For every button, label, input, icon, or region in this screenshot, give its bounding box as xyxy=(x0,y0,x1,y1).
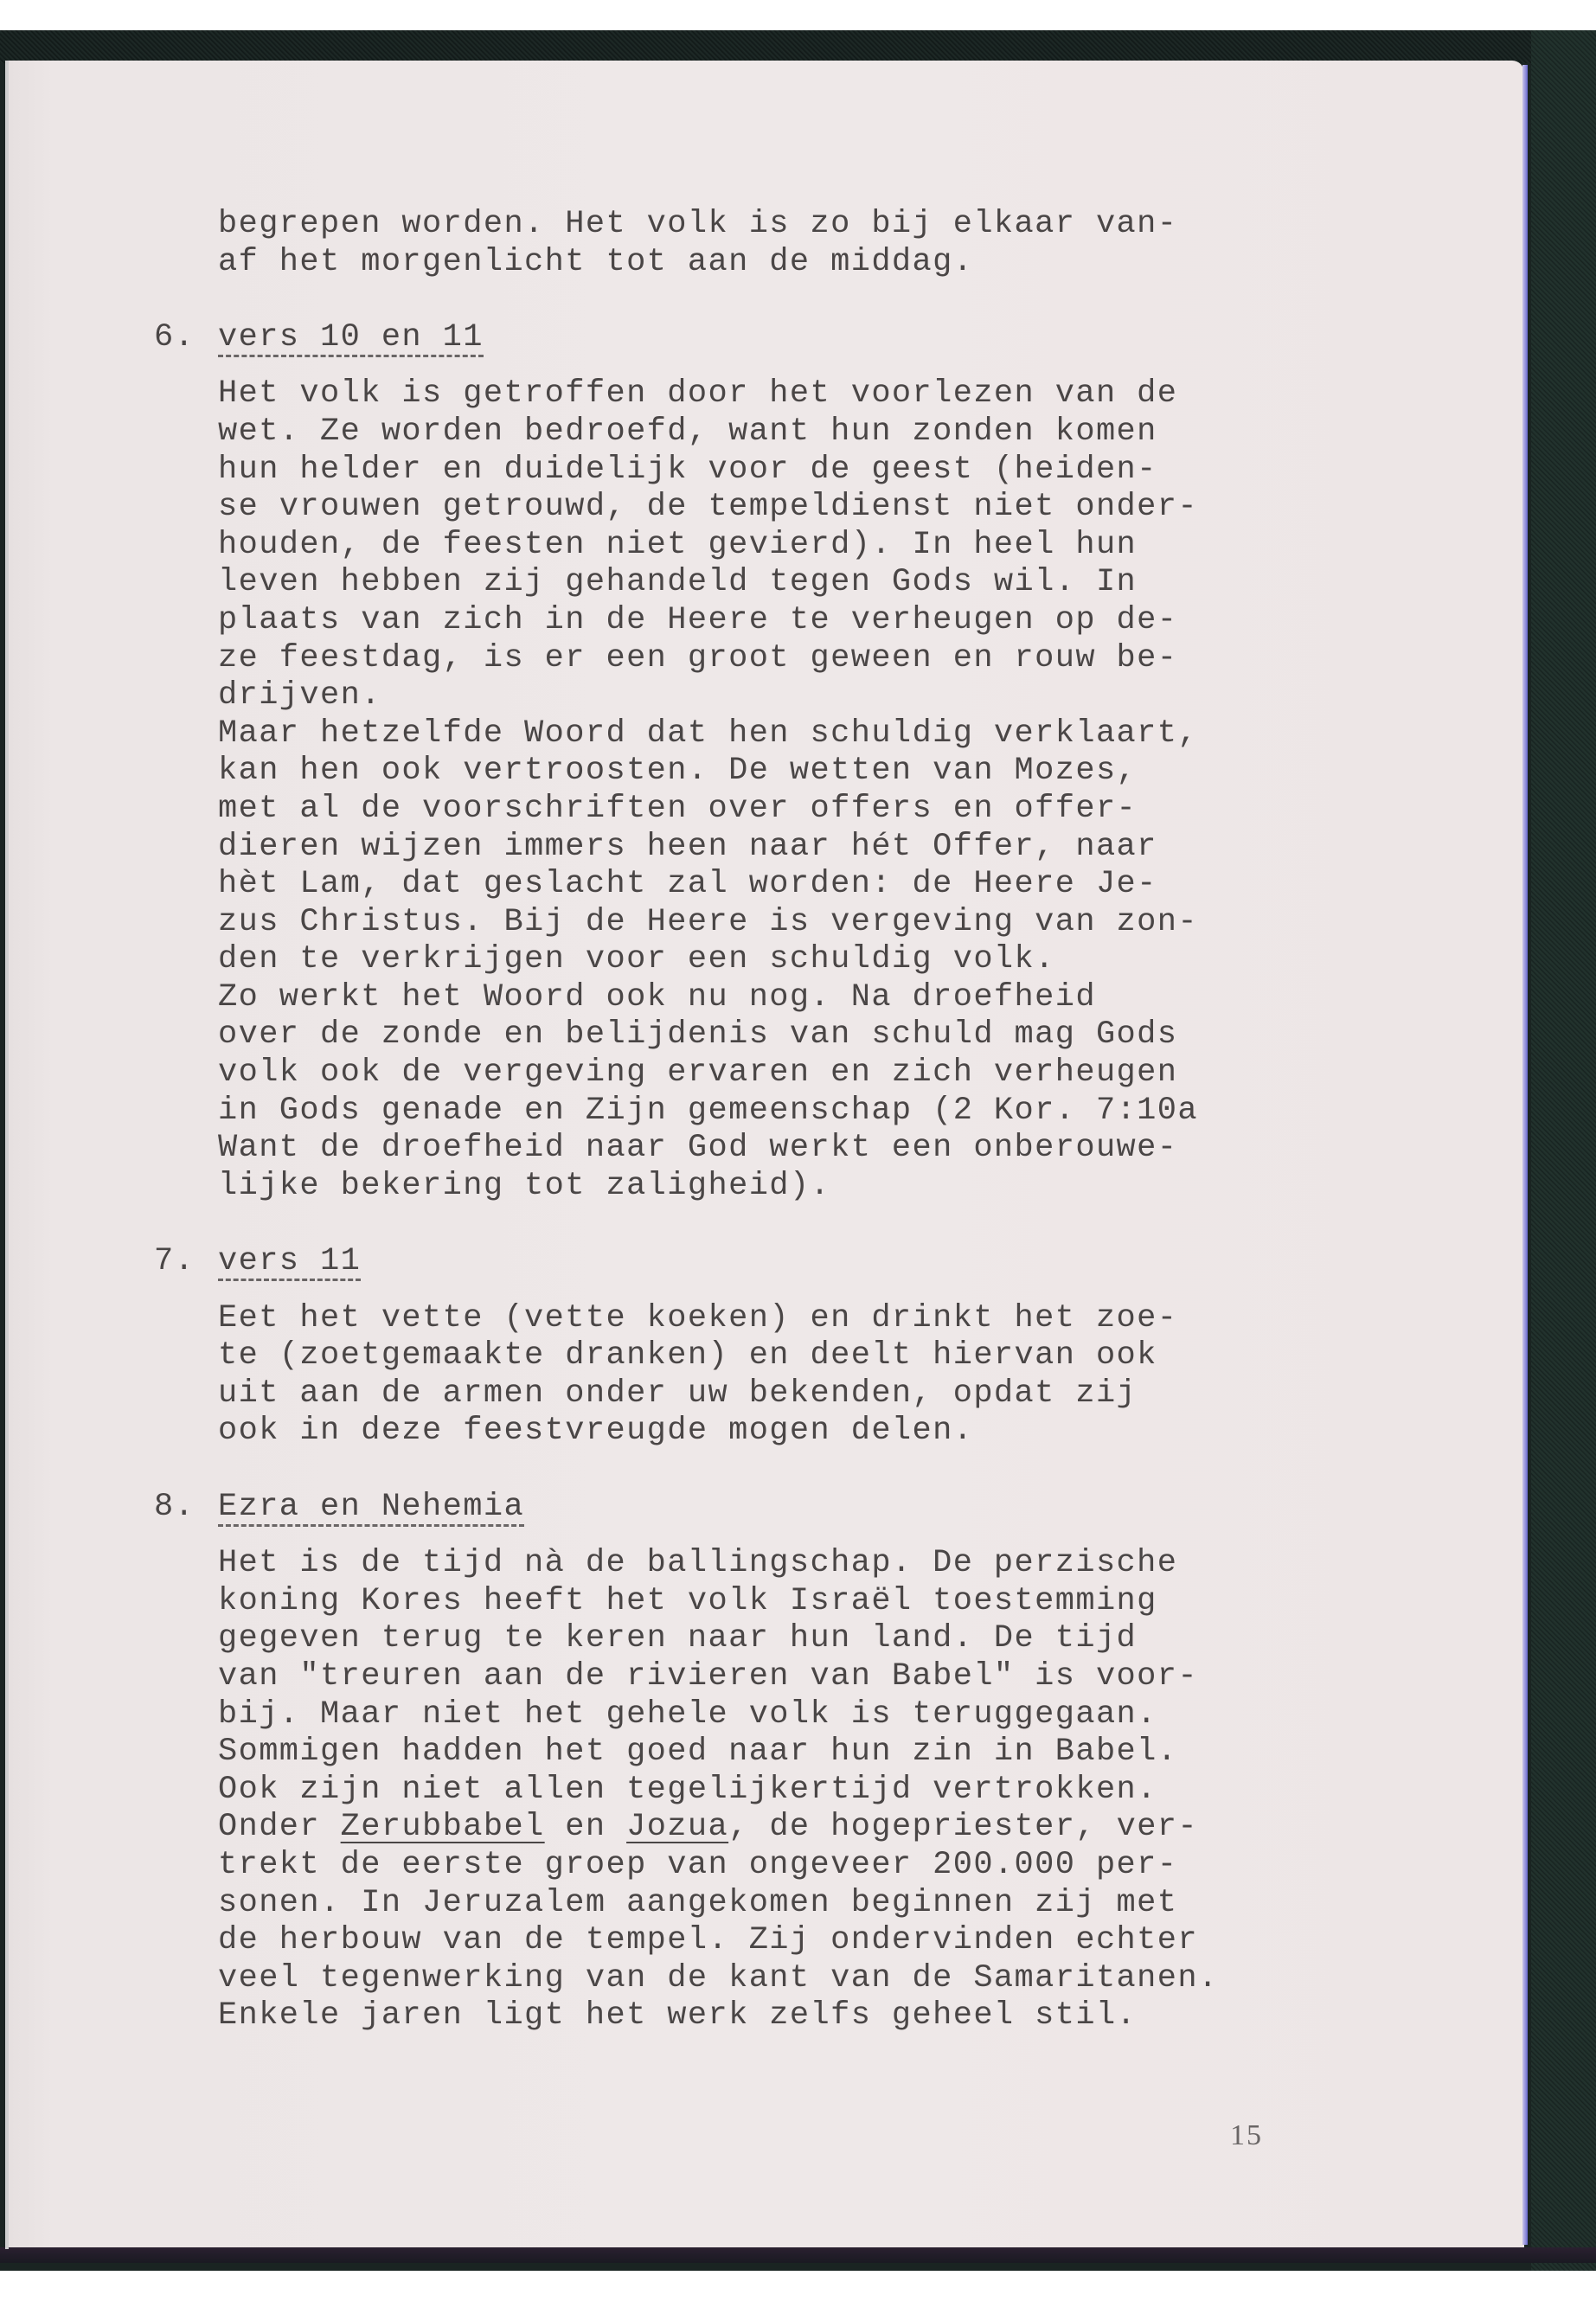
body-line: drijven. xyxy=(154,677,1365,715)
section-title: vers 11 xyxy=(218,1246,361,1281)
body-line: Ook zijn niet allen tegelijkertijd vertr… xyxy=(154,1772,1365,1810)
page-edge-left xyxy=(5,61,9,2249)
body-line: plaats van zich in de Heere te verheugen… xyxy=(154,602,1365,640)
body-line: se vrouwen getrouwd, de tempeldienst nie… xyxy=(154,489,1365,527)
intro-line: begrepen worden. Het volk is zo bij elka… xyxy=(154,206,1365,244)
section-heading-8: 8.Ezra en Nehemia xyxy=(154,1489,1365,1527)
body-line: kan hen ook vertroosten. De wetten van M… xyxy=(154,753,1365,791)
body-line: Het is de tijd nà de ballingschap. De pe… xyxy=(154,1545,1365,1583)
binding-bottom xyxy=(0,2247,1596,2263)
body-line: volk ook de vergeving ervaren en zich ve… xyxy=(154,1054,1365,1093)
body-line: te (zoetgemaakte dranken) en deelt hierv… xyxy=(154,1337,1365,1375)
body-line: van "treuren aan de rivieren van Babel" … xyxy=(154,1658,1365,1696)
body-line: Eet het vette (vette koeken) en drinkt h… xyxy=(154,1300,1365,1338)
body-line: hèt Lam, dat geslacht zal worden: de Hee… xyxy=(154,866,1365,904)
page-text: begrepen worden. Het volk is zo bij elka… xyxy=(154,206,1365,2035)
body-line: wet. Ze worden bedroefd, want hun zonden… xyxy=(154,413,1365,452)
page-edge-right xyxy=(1522,65,1528,2245)
body-line: ook in deze feestvreugde mogen delen. xyxy=(154,1413,1365,1451)
body-line: houden, de feesten niet gevierd). In hee… xyxy=(154,527,1365,565)
body-line: uit aan de armen onder uw bekenden, opda… xyxy=(154,1375,1365,1413)
body-line: Maar hetzelfde Woord dat hen schuldig ve… xyxy=(154,715,1365,753)
body-line: hun helder en duidelijk voor de geest (h… xyxy=(154,452,1365,490)
body-line: lijke bekering tot zaligheid). xyxy=(154,1168,1365,1206)
body-line: over de zonde en belijdenis van schuld m… xyxy=(154,1016,1365,1054)
body-line: den te verkrijgen voor een schuldig volk… xyxy=(154,941,1365,979)
body-line: met al de voorschriften over offers en o… xyxy=(154,791,1365,829)
section-8-body-b: trekt de eerste groep van ongeveer 200.0… xyxy=(154,1847,1365,2035)
body-line: Want de droefheid naar God werkt een onb… xyxy=(154,1130,1365,1168)
body-line: gegeven terug te keren naar hun land. De… xyxy=(154,1620,1365,1658)
body-line: ze feestdag, is er een groot geween en r… xyxy=(154,640,1365,678)
section-7-body: Eet het vette (vette koeken) en drinkt h… xyxy=(154,1300,1365,1451)
body-line: Zo werkt het Woord ook nu nog. Na droefh… xyxy=(154,979,1365,1017)
text-run: Onder xyxy=(218,1809,341,1845)
body-line: leven hebben zij gehandeld tegen Gods wi… xyxy=(154,564,1365,602)
section-heading-6: 6.vers 10 en 11 xyxy=(154,319,1365,357)
body-line: dieren wijzen immers heen naar hét Offer… xyxy=(154,829,1365,867)
body-line: in Gods genade en Zijn gemeenschap (2 Ko… xyxy=(154,1093,1365,1131)
section-heading-7: 7.vers 11 xyxy=(154,1243,1365,1281)
section-number: 6. xyxy=(154,319,218,357)
name-jozua: Jozua xyxy=(626,1809,728,1845)
text-run: , de hogepriester, ver- xyxy=(728,1809,1198,1845)
section-title: vers 10 en 11 xyxy=(218,322,484,357)
section-number: 8. xyxy=(154,1489,218,1527)
body-line: veel tegenwerking van de kant van de Sam… xyxy=(154,1960,1365,1998)
body-line: sonen. In Jeruzalem aangekomen beginnen … xyxy=(154,1885,1365,1923)
section-8-body-a: Het is de tijd nà de ballingschap. De pe… xyxy=(154,1545,1365,1809)
binding-top xyxy=(0,30,1596,63)
body-line-underlined: Onder Zerubbabel en Jozua, de hogepriest… xyxy=(154,1809,1365,1847)
page-number: 15 xyxy=(1230,2119,1263,2152)
body-line: koning Kores heeft het volk Israël toest… xyxy=(154,1583,1365,1621)
body-line: Enkele jaren ligt het werk zelfs geheel … xyxy=(154,1997,1365,2035)
body-line: zus Christus. Bij de Heere is vergeving … xyxy=(154,904,1365,942)
binding-spine xyxy=(1531,30,1596,2271)
body-line: de herbouw van de tempel. Zij ondervinde… xyxy=(154,1922,1365,1960)
section-6-body: Het volk is getroffen door het voorlezen… xyxy=(154,375,1365,1205)
section-title: Ezra en Nehemia xyxy=(218,1491,524,1527)
body-line: bij. Maar niet het gehele volk is terugg… xyxy=(154,1696,1365,1734)
intro-line: af het morgenlicht tot aan de middag. xyxy=(154,244,1365,282)
body-line: Het volk is getroffen door het voorlezen… xyxy=(154,375,1365,413)
body-line: Sommigen hadden het goed naar hun zin in… xyxy=(154,1734,1365,1772)
body-line: trekt de eerste groep van ongeveer 200.0… xyxy=(154,1847,1365,1885)
section-number: 7. xyxy=(154,1243,218,1281)
name-zerubbabel: Zerubbabel xyxy=(341,1809,545,1845)
text-run: en xyxy=(545,1809,626,1845)
